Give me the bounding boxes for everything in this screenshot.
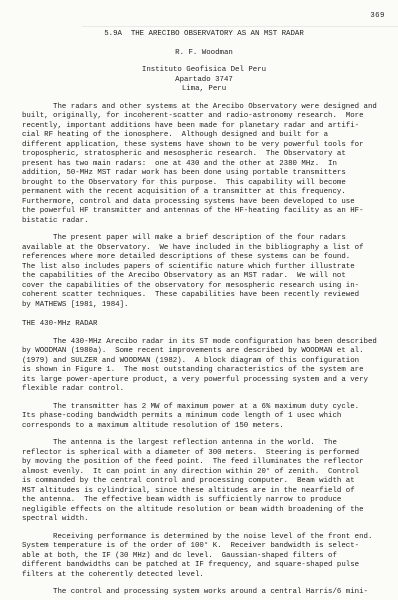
- section-heading-430mhz-radar: THE 430-MHz RADAR: [22, 320, 386, 330]
- section-paragraph-2: The transmitter has 2 MW of maximum powe…: [22, 403, 386, 432]
- page-content: 5.9A THE ARECIBO OBSERVATORY AS AN MST R…: [22, 30, 386, 598]
- intro-paragraph-1: The radars and other systems at the Arec…: [22, 103, 386, 227]
- paper-title: 5.9A THE ARECIBO OBSERVATORY AS AN MST R…: [22, 30, 386, 40]
- affiliation-city: Lima, Peru: [22, 85, 386, 95]
- section-paragraph-1: The 430-MHz Arecibo radar in its ST mode…: [22, 338, 386, 395]
- page-number: 369: [370, 12, 385, 22]
- section-paragraph-4: Receiving performance is determined by t…: [22, 533, 386, 581]
- section-paragraph-5: The control and processing system works …: [22, 588, 386, 598]
- affiliation-institute: Instituto Geofisica Del Peru: [22, 66, 386, 76]
- section-paragraph-3: The antenna is the largest reflection an…: [22, 439, 386, 525]
- scan-artifact-line: [82, 26, 398, 27]
- affiliation-address: Apartado 3747: [22, 76, 386, 86]
- author-affiliation: Instituto Geofisica Del Peru Apartado 37…: [22, 66, 386, 95]
- paper-author: R. F. Woodman: [22, 49, 386, 59]
- intro-paragraph-2: The present paper will make a brief desc…: [22, 234, 386, 310]
- scanned-paper-page: 369 5.9A THE ARECIBO OBSERVATORY AS AN M…: [0, 0, 398, 600]
